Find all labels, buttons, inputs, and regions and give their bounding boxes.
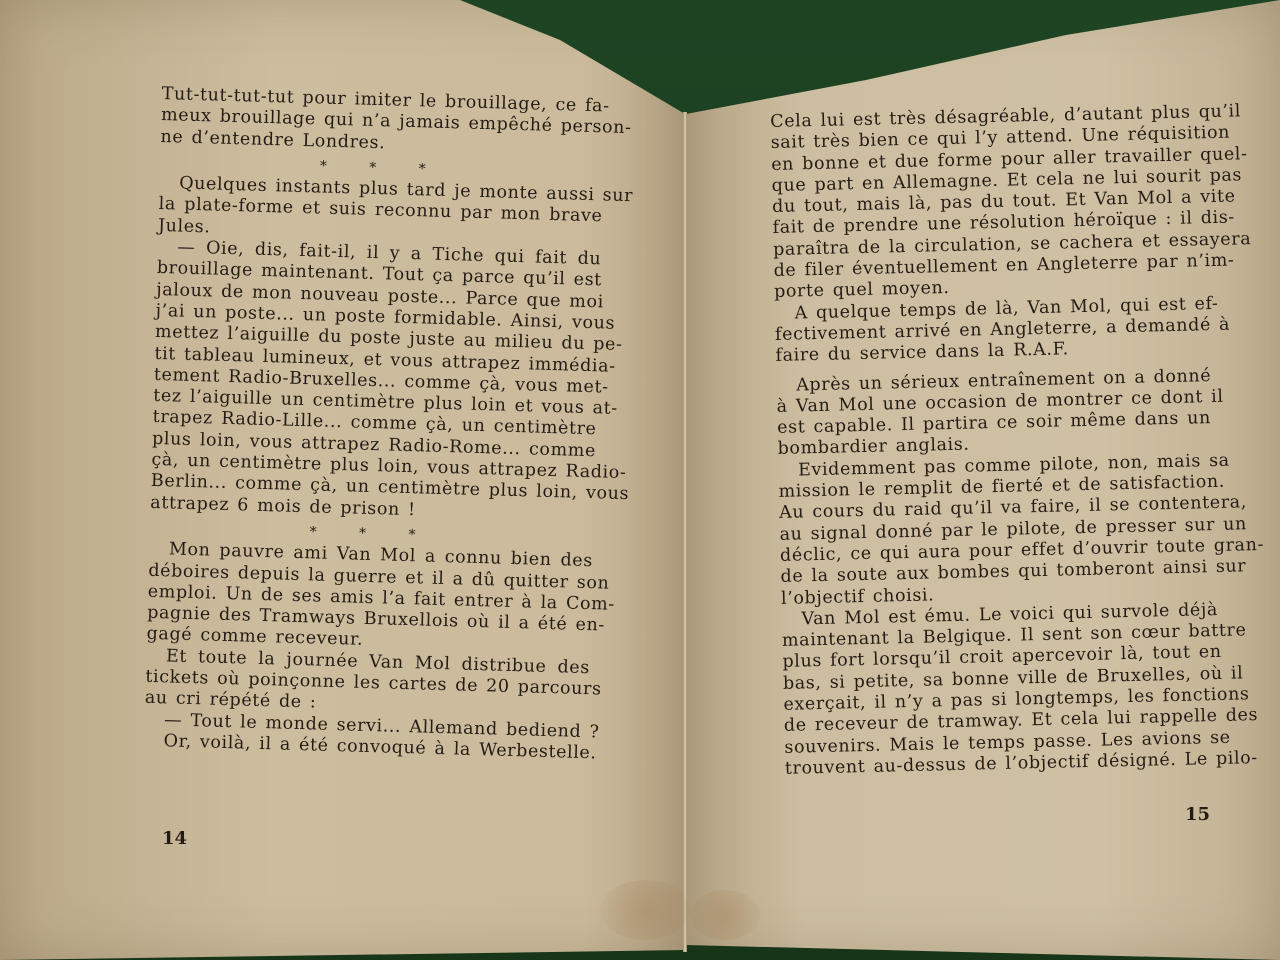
paper-stain xyxy=(600,880,690,940)
right-page-text: Cela lui est très désagréable, d’autant … xyxy=(770,102,1217,780)
left-page-text: Tut-tut-tut-tut pour imiter le brouillag… xyxy=(143,84,605,764)
paper-stain xyxy=(690,890,760,940)
book-gutter xyxy=(683,112,687,952)
page-number-right: 15 xyxy=(1185,804,1210,825)
open-book: Tut-tut-tut-tut pour imiter le brouillag… xyxy=(0,0,1280,960)
page-number-left: 14 xyxy=(162,828,187,849)
